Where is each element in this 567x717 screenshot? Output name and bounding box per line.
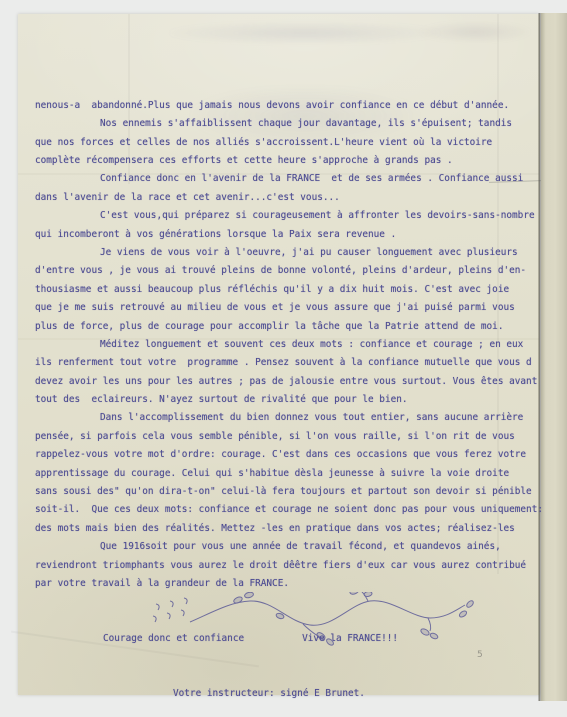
letter-line: sans sousi des" qu'on dira-t-on" celui-l… <box>35 483 542 501</box>
letter-line: Que 1916soit pour vous une année de trav… <box>35 538 542 556</box>
letter-line: d'entre vous , je vous ai trouvé pleins … <box>35 262 542 280</box>
signature-line: Votre instructeur: signé E Brunet. <box>35 685 542 703</box>
letter-line: des mots mais bien des réalités. Mettez … <box>35 520 542 538</box>
letter-line: Dans l'accomplissement du bien donnez vo… <box>35 409 542 427</box>
letter-line: Confiance donc en l'avenir de la FRANCE … <box>35 170 542 188</box>
letter-line: Méditez longuement et souvent ces deux m… <box>35 336 542 354</box>
letter-line: apprentissage du courage. Celui qui s'ha… <box>35 465 542 483</box>
scanned-letter-photo: { "letter": { "lines": [ {"text": "nenou… <box>0 0 567 717</box>
letter-line: thousiasme et aussi beaucoup plus réfléc… <box>35 281 542 299</box>
letter-line: soit-il. Que ces deux mots: confiance et… <box>35 501 542 519</box>
letter-line: complète récompensera ces efforts et cet… <box>35 152 542 170</box>
letter-line: nenous-a abandonné.Plus que jamais nous … <box>35 97 542 115</box>
letter-line: reviendront triomphants vous aurez le dr… <box>35 557 542 575</box>
letter-line: C'est vous,qui préparez si courageusemen… <box>35 207 542 225</box>
letter-body: nenous-a abandonné.Plus que jamais nous … <box>35 97 542 594</box>
hand-drawn-vine-flourish <box>128 592 488 672</box>
letter-line: Nos ennemis s'affaiblissent chaque jour … <box>35 115 542 133</box>
next-page-edge <box>541 13 567 701</box>
letter-line: pensée, si parfois cela vous semble péni… <box>35 428 542 446</box>
letter-line: rappelez-vous votre mot d'ordre: courage… <box>35 446 542 464</box>
letter-line: tout des eclaireurs. N'ayez surtout de r… <box>35 391 542 409</box>
letter-line: que je me suis retrouvé au milieu de vou… <box>35 299 542 317</box>
letter-line: plus de force, plus de courage pour acco… <box>35 318 542 336</box>
letter-line: par votre travail à la grandeur de la FR… <box>35 575 542 593</box>
letter-line: dans l'avenir de la race et cet avenir..… <box>35 189 542 207</box>
letter-line: que nos forces et celles de nos alliés s… <box>35 134 542 152</box>
letter-line: ils renferment tout votre programme . Pe… <box>35 354 542 372</box>
letter-line: devez avoir les uns pour les autres ; pa… <box>35 373 542 391</box>
letter-line: Je viens de vous voir à l'oeuvre, j'ai p… <box>35 244 542 262</box>
letter-line: qui incomberont à vos générations lorsqu… <box>35 226 542 244</box>
